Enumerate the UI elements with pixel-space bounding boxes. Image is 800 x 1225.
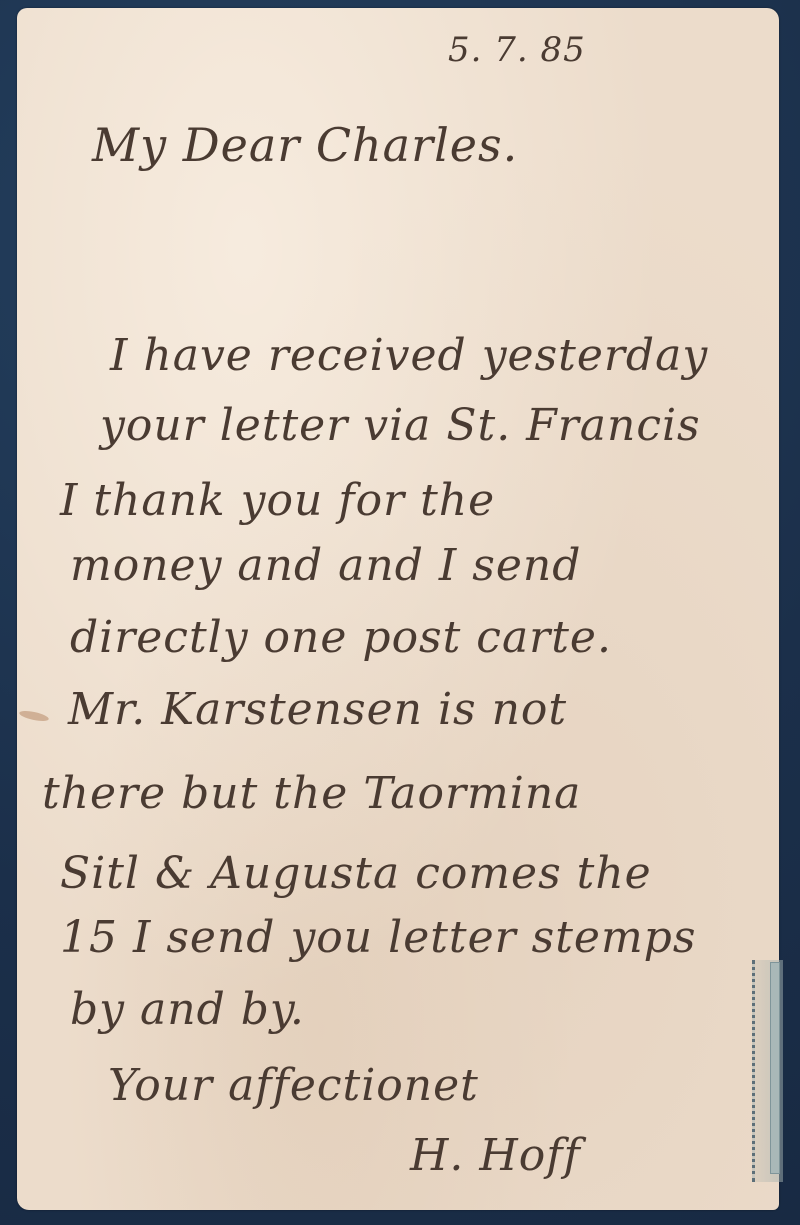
body-line: Mr. Karstensen is not: [68, 684, 567, 735]
stain-mark: [18, 709, 49, 723]
closing: Your affectionet: [108, 1060, 479, 1111]
stamp-frame: [770, 962, 780, 1174]
salutation: My Dear Charles.: [92, 118, 518, 172]
signature: H. Hoff: [410, 1130, 581, 1181]
body-line: money and and I send: [70, 540, 581, 591]
body-line: I have received yesterday: [110, 330, 708, 381]
date: 5. 7. 85: [448, 30, 586, 70]
body-line: your letter via St. Francis: [100, 400, 701, 451]
body-line: directly one post carte.: [70, 612, 612, 663]
body-line: I thank you for the: [60, 475, 495, 526]
body-line: Sitl & Augusta comes the: [60, 848, 652, 899]
body-line: there but the Taormina: [42, 768, 581, 819]
body-line: 15 I send you letter stemps: [60, 912, 696, 963]
body-line: by and by.: [70, 984, 305, 1035]
